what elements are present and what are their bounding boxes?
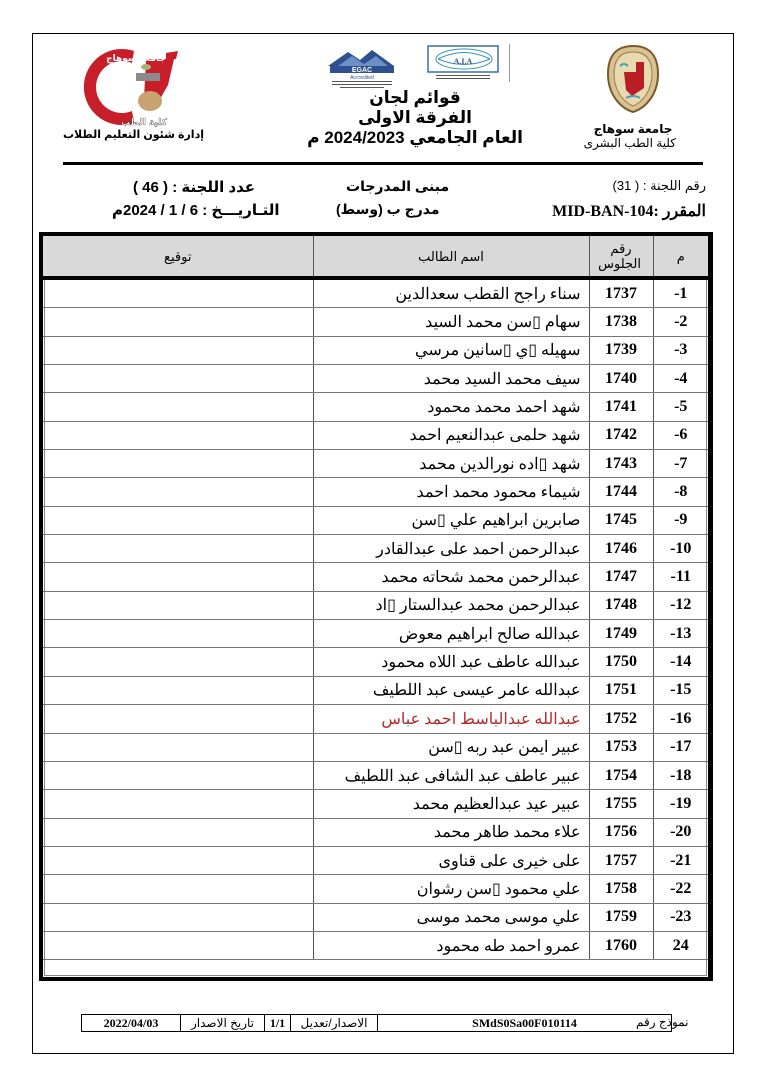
row-signature-field[interactable] xyxy=(43,278,313,308)
egac-logo: EGAC Accredited xyxy=(318,44,408,90)
row-signature-field[interactable] xyxy=(43,761,313,789)
row-seat-number: 1755 xyxy=(589,790,653,818)
revision-label: الاصدار/تعديل xyxy=(291,1015,378,1031)
svg-text:جامعة سوهاج: جامعة سوهاج xyxy=(106,54,166,64)
row-signature-field[interactable] xyxy=(43,336,313,364)
table-row: -201756علاء محمد طاهر محمد xyxy=(43,818,708,846)
row-seat-number: 1756 xyxy=(589,818,653,846)
aia-logo: A.I.A xyxy=(424,44,502,84)
row-seat-number: 1760 xyxy=(589,931,653,959)
row-seat-number: 1741 xyxy=(589,393,653,421)
row-signature-field[interactable] xyxy=(43,421,313,449)
svg-text:A.I.A: A.I.A xyxy=(454,57,473,66)
row-student-name: عبدالرحمن محمد عبدالستار ▯اد xyxy=(313,591,589,619)
svg-text:EGAC: EGAC xyxy=(352,67,372,74)
issue-date-label: تاريخ الاصدار xyxy=(181,1015,265,1031)
row-student-name: علي موسى محمد موسى xyxy=(313,903,589,931)
header-index: م xyxy=(653,236,708,278)
table-row: -51741شهد احمد محمد محمود xyxy=(43,393,708,421)
row-signature-field[interactable] xyxy=(43,365,313,393)
row-student-name: عبير عيد عبدالعظيم محمد xyxy=(313,790,589,818)
table-row: -31739سهيله ▯ي ▯سانين مرسي xyxy=(43,336,708,364)
university-name: جامعة سوهاج كلية الطب البشرى xyxy=(590,122,676,150)
table-row: -41740سيف محمد السيد محمد xyxy=(43,365,708,393)
row-index: -10 xyxy=(653,535,708,563)
form-footer: 2022/04/03 تاريخ الاصدار 1/1 الاصدار/تعد… xyxy=(81,1014,672,1032)
row-index: 24 xyxy=(653,931,708,959)
row-student-name: على خيرى على قناوى xyxy=(313,846,589,874)
row-student-name: علاء محمد طاهر محمد xyxy=(313,818,589,846)
row-seat-number: 1744 xyxy=(589,478,653,506)
row-signature-field[interactable] xyxy=(43,818,313,846)
row-seat-number: 1757 xyxy=(589,846,653,874)
table-row: -91745صابرين ابراهيم علي ▯سن xyxy=(43,506,708,534)
issue-date-value: 2022/04/03 xyxy=(82,1015,181,1031)
row-signature-field[interactable] xyxy=(43,450,313,478)
row-student-name: عبدالله عبدالباسط احمد عباس xyxy=(313,705,589,733)
table-row: -121748عبدالرحمن محمد عبدالستار ▯اد xyxy=(43,591,708,619)
row-student-name: عبدالله عامر عيسى عبد اللطيف xyxy=(313,676,589,704)
row-seat-number: 1746 xyxy=(589,535,653,563)
row-signature-field[interactable] xyxy=(43,648,313,676)
row-student-name: عبدالرحمن محمد شحاته محمد xyxy=(313,563,589,591)
exam-date: التـاريـــخ : 6 / 1 / 2024م xyxy=(112,201,280,219)
svg-text:كلية الطب: كلية الطب xyxy=(121,118,168,127)
row-index: -2 xyxy=(653,308,708,336)
row-student-name: شهد حلمى عبدالنعيم احمد xyxy=(313,421,589,449)
row-index: -8 xyxy=(653,478,708,506)
table-row: -111747عبدالرحمن محمد شحاته محمد xyxy=(43,563,708,591)
table-row: -161752عبدالله عبدالباسط احمد عباس xyxy=(43,705,708,733)
row-index: -9 xyxy=(653,506,708,534)
form-code: SMdS0Sa00F010114 xyxy=(378,1015,671,1031)
row-seat-number: 1748 xyxy=(589,591,653,619)
table-row: -101746عبدالرحمن احمد على عبدالقادر xyxy=(43,535,708,563)
row-signature-field[interactable] xyxy=(43,393,313,421)
row-seat-number: 1749 xyxy=(589,620,653,648)
row-student-name: صابرين ابراهيم علي ▯سن xyxy=(313,506,589,534)
row-student-name: سناء راجح القطب سعدالدين xyxy=(313,278,589,308)
row-index: -15 xyxy=(653,676,708,704)
row-index: -11 xyxy=(653,563,708,591)
table-row: -81744شيماء محمود محمد احمد xyxy=(43,478,708,506)
title-year-level: الفرقة الاولى xyxy=(300,108,530,128)
committee-number: رقم اللجنة : ( 31) xyxy=(612,178,706,194)
egac-accreditation-icon: EGAC Accredited xyxy=(318,44,408,90)
roster-table-frame: م رقم الجلوس اسم الطالب توقيع -11737سناء… xyxy=(39,232,713,981)
row-signature-field[interactable] xyxy=(43,535,313,563)
row-signature-field[interactable] xyxy=(43,563,313,591)
row-index: -6 xyxy=(653,421,708,449)
header-signature: توقيع xyxy=(43,236,313,278)
row-seat-number: 1739 xyxy=(589,336,653,364)
roster-table: م رقم الجلوس اسم الطالب توقيع -11737سناء… xyxy=(43,236,708,960)
header-seat-number: رقم الجلوس xyxy=(589,236,653,278)
logo-divider xyxy=(509,44,510,82)
row-signature-field[interactable] xyxy=(43,931,313,959)
building-name: مبنى المدرجات xyxy=(346,178,449,195)
row-student-name: شهد ▯اده نورالدين محمد xyxy=(313,450,589,478)
row-seat-number: 1758 xyxy=(589,875,653,903)
row-seat-number: 1747 xyxy=(589,563,653,591)
university-crest xyxy=(606,44,660,114)
row-index: -4 xyxy=(653,365,708,393)
revision-value: 1/1 xyxy=(265,1015,291,1031)
row-seat-number: 1751 xyxy=(589,676,653,704)
table-row: -221758علي محمود ▯سن رشوان xyxy=(43,875,708,903)
row-student-name: عبير ايمن عبد ربه ▯سن xyxy=(313,733,589,761)
row-seat-number: 1743 xyxy=(589,450,653,478)
row-signature-field[interactable] xyxy=(43,790,313,818)
row-student-name: سهيله ▯ي ▯سانين مرسي xyxy=(313,336,589,364)
faculty-logo: جامعة سوهاج كلية الطب xyxy=(74,45,200,127)
form-number-label: نموذج رقم xyxy=(636,1015,688,1029)
table-row: -181754عبير عاطف عبد الشافى عبد اللطيف xyxy=(43,761,708,789)
header-divider xyxy=(63,162,703,165)
row-student-name: عبدالله عاطف عبد اللاه محمود xyxy=(313,648,589,676)
row-signature-field[interactable] xyxy=(43,506,313,534)
department-name: إدارة شئون التعليم الطلاب xyxy=(84,128,204,141)
row-signature-field[interactable] xyxy=(43,846,313,874)
table-row: -21738سهام ▯سن محمد السيد xyxy=(43,308,708,336)
row-student-name: عبير عاطف عبد الشافى عبد اللطيف xyxy=(313,761,589,789)
committee-count: عدد اللجنة : ( 46 ) xyxy=(133,178,255,196)
row-seat-number: 1754 xyxy=(589,761,653,789)
row-signature-field[interactable] xyxy=(43,705,313,733)
row-index: -3 xyxy=(653,336,708,364)
table-row: -191755عبير عيد عبدالعظيم محمد xyxy=(43,790,708,818)
row-index: -12 xyxy=(653,591,708,619)
svg-text:Accredited: Accredited xyxy=(350,75,374,81)
hall-name: مدرج ب (وسط) xyxy=(336,201,440,218)
row-index: -22 xyxy=(653,875,708,903)
row-seat-number: 1752 xyxy=(589,705,653,733)
row-index: -16 xyxy=(653,705,708,733)
table-row: -211757على خيرى على قناوى xyxy=(43,846,708,874)
row-student-name: عمرو احمد طه محمود xyxy=(313,931,589,959)
row-index: -20 xyxy=(653,818,708,846)
row-signature-field[interactable] xyxy=(43,591,313,619)
row-index: -23 xyxy=(653,903,708,931)
university-label: جامعة سوهاج xyxy=(590,122,676,136)
row-seat-number: 1738 xyxy=(589,308,653,336)
table-row: -151751عبدالله عامر عيسى عبد اللطيف xyxy=(43,676,708,704)
row-student-name: عبدالرحمن احمد على عبدالقادر xyxy=(313,535,589,563)
row-seat-number: 1742 xyxy=(589,421,653,449)
table-row: -141750عبدالله عاطف عبد اللاه محمود xyxy=(43,648,708,676)
title-committee-lists: قوائم لجان xyxy=(300,88,530,108)
row-signature-field[interactable] xyxy=(43,676,313,704)
table-row: 241760عمرو احمد طه محمود xyxy=(43,931,708,959)
row-index: -19 xyxy=(653,790,708,818)
table-row: -11737سناء راجح القطب سعدالدين xyxy=(43,278,708,308)
row-seat-number: 1737 xyxy=(589,278,653,308)
row-index: -21 xyxy=(653,846,708,874)
row-student-name: علي محمود ▯سن رشوان xyxy=(313,875,589,903)
table-row: -171753عبير ايمن عبد ربه ▯سن xyxy=(43,733,708,761)
row-signature-field[interactable] xyxy=(43,620,313,648)
row-signature-field[interactable] xyxy=(43,903,313,931)
header-student-name: اسم الطالب xyxy=(313,236,589,278)
row-signature-field[interactable] xyxy=(43,875,313,903)
row-index: -18 xyxy=(653,761,708,789)
row-signature-field[interactable] xyxy=(43,478,313,506)
table-row: -71743شهد ▯اده نورالدين محمد xyxy=(43,450,708,478)
row-index: -1 xyxy=(653,278,708,308)
table-row: -131749عبدالله صالح ابراهيم معوض xyxy=(43,620,708,648)
row-student-name: سيف محمد السيد محمد xyxy=(313,365,589,393)
title-block: قوائم لجان الفرقة الاولى العام الجامعي 2… xyxy=(300,88,530,148)
table-header-row: م رقم الجلوس اسم الطالب توقيع xyxy=(43,236,708,278)
course-code: المقرر :MID-BAN-104 xyxy=(552,201,706,221)
row-student-name: عبدالله صالح ابراهيم معوض xyxy=(313,620,589,648)
title-academic-year: العام الجامعي 2024/2023 م xyxy=(300,128,530,148)
row-index: -17 xyxy=(653,733,708,761)
table-row: -231759علي موسى محمد موسى xyxy=(43,903,708,931)
row-seat-number: 1759 xyxy=(589,903,653,931)
row-student-name: شهد احمد محمد محمود xyxy=(313,393,589,421)
aia-accreditation-icon: A.I.A xyxy=(424,44,502,84)
row-index: -13 xyxy=(653,620,708,648)
row-student-name: شيماء محمود محمد احمد xyxy=(313,478,589,506)
row-signature-field[interactable] xyxy=(43,308,313,336)
row-index: -5 xyxy=(653,393,708,421)
row-seat-number: 1753 xyxy=(589,733,653,761)
table-row: -61742شهد حلمى عبدالنعيم احمد xyxy=(43,421,708,449)
faculty-label: كلية الطب البشرى xyxy=(590,136,676,150)
row-seat-number: 1750 xyxy=(589,648,653,676)
university-crest-icon xyxy=(606,44,660,114)
row-student-name: سهام ▯سن محمد السيد xyxy=(313,308,589,336)
row-seat-number: 1740 xyxy=(589,365,653,393)
row-index: -14 xyxy=(653,648,708,676)
row-signature-field[interactable] xyxy=(43,733,313,761)
faculty-logo-icon: جامعة سوهاج كلية الطب xyxy=(74,45,200,127)
row-seat-number: 1745 xyxy=(589,506,653,534)
row-index: -7 xyxy=(653,450,708,478)
